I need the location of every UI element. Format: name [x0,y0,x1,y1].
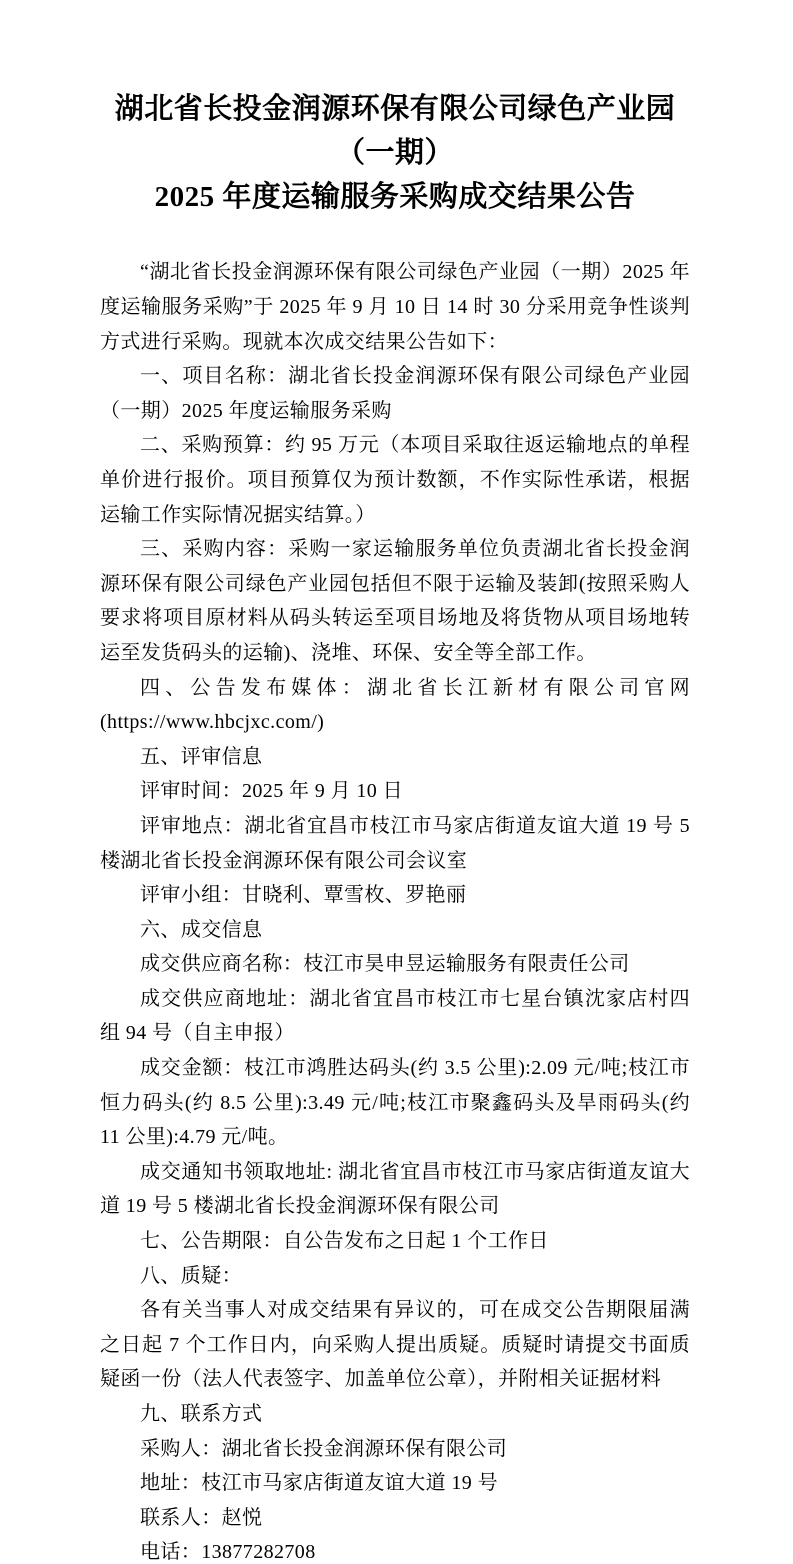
para-project-name: 一、项目名称：湖北省长投金润源环保有限公司绿色产业园（一期）2025 年度运输服… [100,359,690,428]
para-purchaser-address: 地址：枝江市马家店街道友谊大道 19 号 [100,1466,690,1501]
para-supplier-name: 成交供应商名称：枝江市昊申昱运输服务有限责任公司 [100,947,690,982]
para-review-time: 评审时间：2025 年 9 月 10 日 [100,774,690,809]
document-title: 湖北省长投金润源环保有限公司绿色产业园（一期） 2025 年度运输服务采购成交结… [100,87,690,219]
para-review-panel: 评审小组：甘晓利、覃雪枚、罗艳丽 [100,878,690,913]
para-notice-pickup-address: 成交通知书领取地址: 湖北省宜昌市枝江市马家店街道友谊大道 19 号 5 楼湖北… [100,1155,690,1224]
para-intro: “湖北省长投金润源环保有限公司绿色产业园（一期）2025 年度运输服务采购”于 … [100,255,690,359]
para-objection-detail: 各有关当事人对成交结果有异议的，可在成交公告期限届满之日起 7 个工作日内，向采… [100,1293,690,1397]
para-award-info-heading: 六、成交信息 [100,913,690,948]
para-phone: 电话：13877282708 [100,1535,690,1564]
document-title-line2: 2025 年度运输服务采购成交结果公告 [100,175,690,219]
para-budget: 二、采购预算：约 95 万元（本项目采取往返运输地点的单程单价进行报价。项目预算… [100,428,690,532]
para-objection-heading: 八、质疑： [100,1259,690,1294]
document-body: “湖北省长投金润源环保有限公司绿色产业园（一期）2025 年度运输服务采购”于 … [100,255,690,1564]
para-supplier-address: 成交供应商地址：湖北省宜昌市枝江市七星台镇沈家店村四组 94 号（自主申报） [100,982,690,1051]
announcement-page: 湖北省长投金润源环保有限公司绿色产业园（一期） 2025 年度运输服务采购成交结… [0,0,793,1564]
para-contact-person: 联系人：赵悦 [100,1501,690,1536]
para-review-info-heading: 五、评审信息 [100,740,690,775]
para-announcement-media: 四、公告发布媒体：湖北省长江新材有限公司官网(https://www.hbcjx… [100,671,690,740]
document-title-line1: 湖北省长投金润源环保有限公司绿色产业园（一期） [100,87,690,175]
para-announcement-period: 七、公告期限：自公告发布之日起 1 个工作日 [100,1224,690,1259]
para-purchaser: 采购人：湖北省长投金润源环保有限公司 [100,1432,690,1467]
para-contact-heading: 九、联系方式 [100,1397,690,1432]
para-review-location: 评审地点：湖北省宜昌市枝江市马家店街道友谊大道 19 号 5 楼湖北省长投金润源… [100,809,690,878]
para-award-amount: 成交金额：枝江市鸿胜达码头(约 3.5 公里):2.09 元/吨;枝江市恒力码头… [100,1051,690,1155]
para-procurement-content: 三、采购内容：采购一家运输服务单位负责湖北省长投金润源环保有限公司绿色产业园包括… [100,532,690,670]
